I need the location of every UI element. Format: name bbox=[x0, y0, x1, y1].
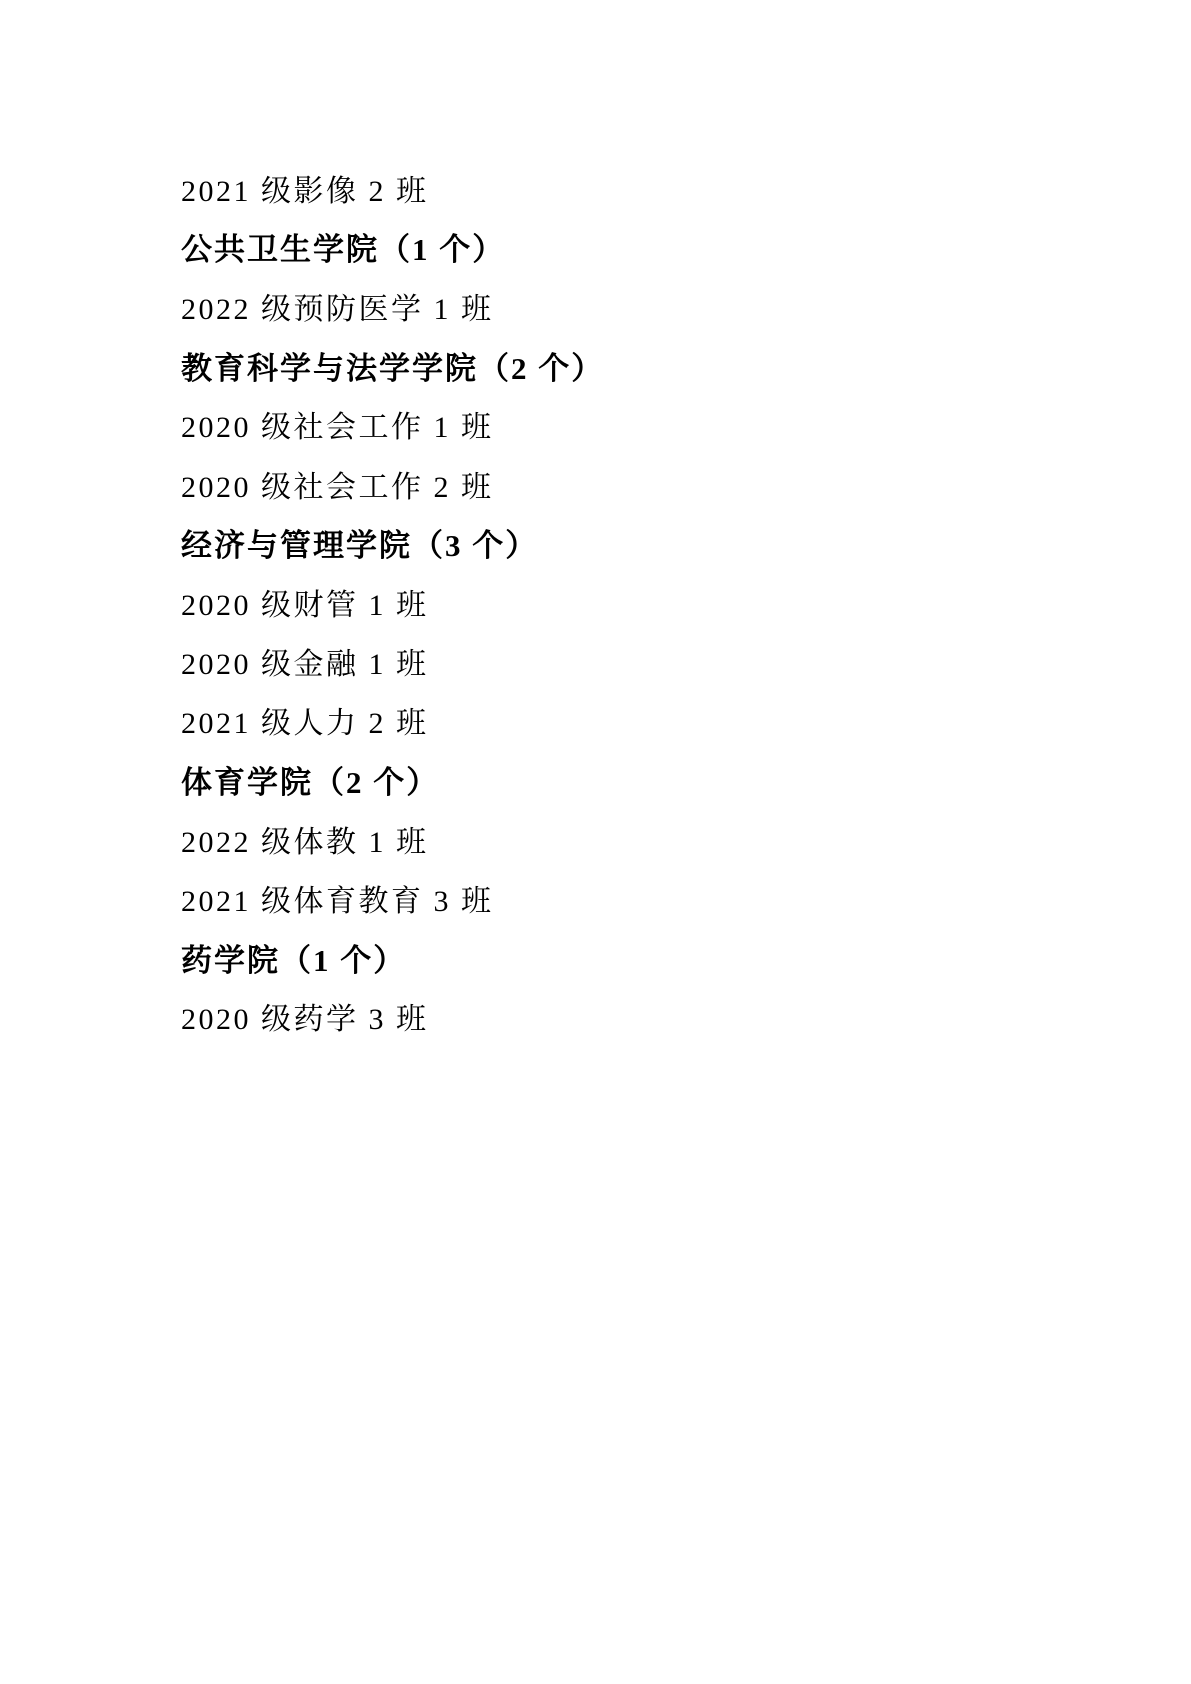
college-section-heading: 经济与管理学院（3 个） bbox=[181, 513, 1091, 572]
document-page: 2021 级影像 2 班公共卫生学院（1 个）2022 级预防医学 1 班教育科… bbox=[0, 0, 1191, 1684]
college-section-heading: 教育科学与法学学院（2 个） bbox=[181, 336, 1091, 395]
class-list-item: 2021 级人力 2 班 bbox=[181, 691, 1091, 750]
college-section-heading: 体育学院（2 个） bbox=[181, 750, 1091, 809]
class-list: 2021 级影像 2 班公共卫生学院（1 个）2022 级预防医学 1 班教育科… bbox=[181, 158, 1091, 1046]
class-list-item: 2020 级药学 3 班 bbox=[181, 987, 1091, 1046]
class-list-item: 2020 级社会工作 2 班 bbox=[181, 454, 1091, 513]
college-section-heading: 公共卫生学院（1 个） bbox=[181, 217, 1091, 276]
class-list-item: 2022 级体教 1 班 bbox=[181, 809, 1091, 868]
class-list-item: 2021 级体育教育 3 班 bbox=[181, 868, 1091, 927]
college-section-heading: 药学院（1 个） bbox=[181, 927, 1091, 986]
class-list-item: 2022 级预防医学 1 班 bbox=[181, 276, 1091, 335]
class-list-item: 2020 级金融 1 班 bbox=[181, 632, 1091, 691]
class-list-item: 2021 级影像 2 班 bbox=[181, 158, 1091, 217]
class-list-item: 2020 级社会工作 1 班 bbox=[181, 395, 1091, 454]
class-list-item: 2020 级财管 1 班 bbox=[181, 572, 1091, 631]
